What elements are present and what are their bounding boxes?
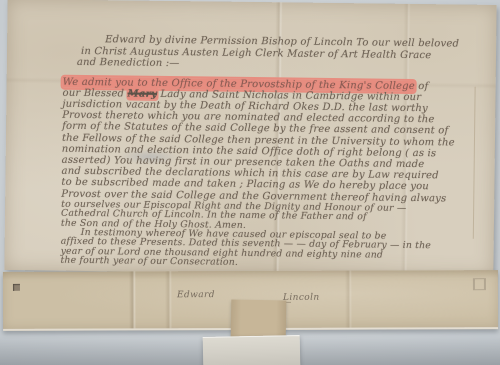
parchment-slit (13, 284, 20, 291)
pencil-mark (473, 278, 486, 290)
line-pre: our Blessed (62, 87, 124, 99)
salutation-block: Edward by divine Permission Bishop of Li… (63, 34, 482, 74)
parchment-document: Edward by divine Permission Bishop of Li… (4, 0, 496, 276)
closing-block: to ourselves our Episcopal Right and the… (60, 199, 480, 270)
struck-word: Mary (128, 88, 158, 99)
manuscript-text: Edward by divine Permission Bishop of Li… (60, 34, 482, 271)
fold-crease (345, 271, 352, 328)
fold-crease (165, 271, 172, 328)
admission-block: We admit you to the Office of the Provos… (61, 76, 481, 204)
document-photo: Edward by divine Permission Bishop of Li… (0, 0, 500, 365)
signature-edward: Edward (177, 290, 215, 300)
highlight-tail: of (418, 81, 428, 92)
signature-lincoln: Lincoln (283, 293, 320, 303)
fold-crease (129, 271, 136, 328)
seal-tag-wrapper (203, 335, 301, 365)
